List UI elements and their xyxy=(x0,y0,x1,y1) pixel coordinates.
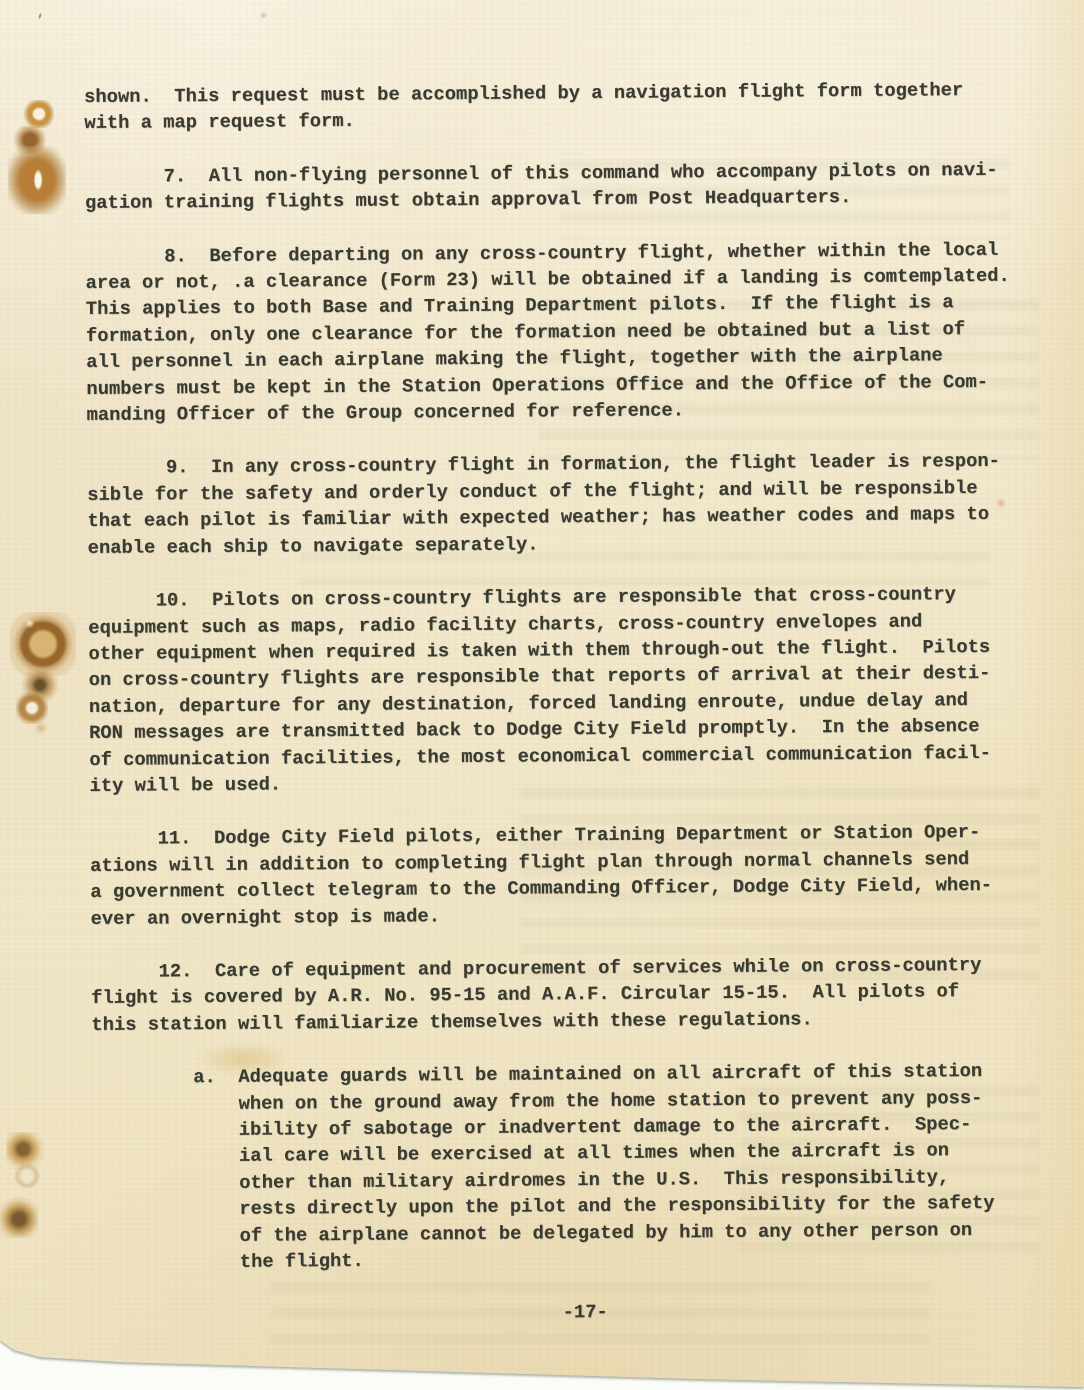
continuation-paragraph: shown. This request must be accomplished… xyxy=(84,76,1044,136)
paragraph-7: 7. All non-flying personnel of this comm… xyxy=(85,156,1045,216)
paper-speck-top xyxy=(260,12,267,19)
paragraph-10: 10. Pilots on cross-country flights are … xyxy=(88,581,1050,800)
text-blocks: shown. This request must be accomplished… xyxy=(84,76,1053,1276)
paragraph-12: 12. Care of equipment and procurement of… xyxy=(91,951,1052,1038)
paragraph-11: 11. Dodge City Field pilots, either Trai… xyxy=(90,819,1051,932)
rust-hole-top-1 xyxy=(24,100,54,128)
rust-spot-bottom-3 xyxy=(0,1196,38,1238)
light-spot-bottom-2 xyxy=(14,1164,40,1188)
rust-blotch-top-3 xyxy=(8,146,66,214)
pen-mark xyxy=(34,7,47,25)
document-page: shown. This request must be accomplished… xyxy=(0,0,1084,1390)
rust-spot-middle-2 xyxy=(22,668,58,702)
faint-speck-middle xyxy=(34,722,48,734)
rust-ring-middle-1 xyxy=(10,612,76,676)
typewritten-text: shown. This request must be accomplished… xyxy=(84,76,1054,1329)
rust-spot-bottom-1 xyxy=(6,1132,44,1170)
page-number: -17- xyxy=(118,1296,1053,1330)
rust-hole-middle-3 xyxy=(16,692,48,724)
paragraph-9: 9. In any cross-country flight in format… xyxy=(87,448,1048,561)
subparagraph-a: a. Adequate guards will be maintained on… xyxy=(92,1058,1054,1277)
paragraph-8: 8. Before departing on any cross-country… xyxy=(85,236,1046,428)
scanned-page-wrapper: shown. This request must be accomplished… xyxy=(0,0,1084,1390)
rust-spot-top-2 xyxy=(14,126,46,154)
